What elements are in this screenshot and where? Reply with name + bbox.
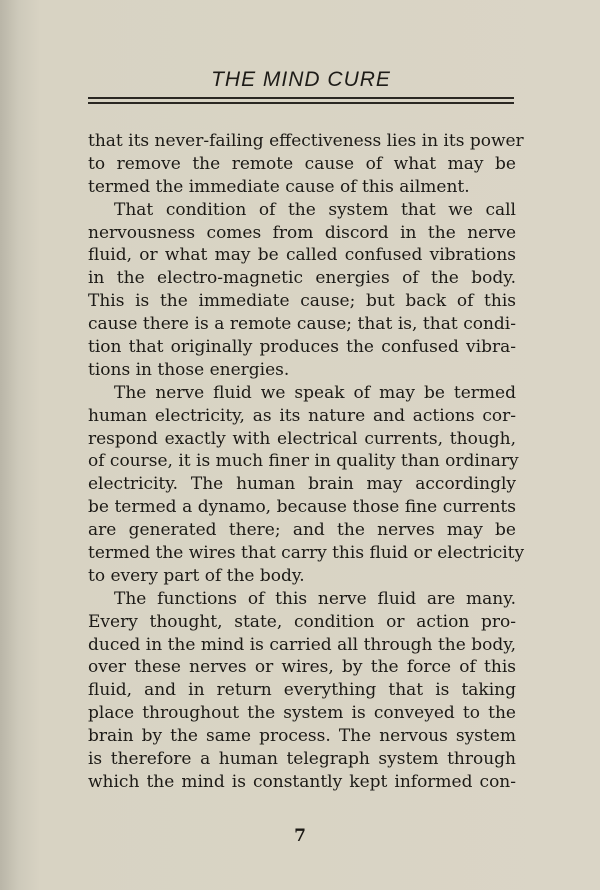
text-line: are generated there; and the nerves may … — [88, 519, 516, 542]
paragraph-start-line: That condition of the system that we cal… — [88, 199, 516, 222]
body-text: that its never-failing effectiveness lie… — [88, 130, 516, 794]
text-line: termed the immediate cause of this ailme… — [88, 176, 516, 199]
text-line: that its never-failing effectiveness lie… — [88, 130, 516, 153]
text-line: tions in those energies. — [88, 359, 516, 382]
text-line: This is the immediate cause; but back of… — [88, 290, 516, 313]
text-line: fluid, or what may be called confused vi… — [88, 244, 516, 267]
text-line: place throughout the system is conveyed … — [88, 702, 516, 725]
text-line: of course, it is much finer in quality t… — [88, 450, 516, 473]
header-rule-top — [88, 97, 514, 99]
text-line: fluid, and in return everything that is … — [88, 679, 516, 702]
text-line: over these nerves or wires, by the force… — [88, 656, 516, 679]
text-line: respond exactly with electrical currents… — [88, 428, 516, 451]
paragraph-start-line: The nerve fluid we speak of may be terme… — [88, 382, 516, 405]
text-line: cause there is a remote cause; that is, … — [88, 313, 516, 336]
text-line: nervousness comes from discord in the ne… — [88, 222, 516, 245]
text-line: to remove the remote cause of what may b… — [88, 153, 516, 176]
text-line: brain by the same process. The nervous s… — [88, 725, 516, 748]
text-line: Every thought, state, condition or actio… — [88, 611, 516, 634]
text-line: is therefore a human telegraph system th… — [88, 748, 516, 771]
text-line: termed the wires that carry this fluid o… — [88, 542, 516, 565]
running-head: THE MIND CURE — [88, 68, 514, 92]
text-line: human electricity, as its nature and act… — [88, 405, 516, 428]
paragraph-start-line: The functions of this nerve fluid are ma… — [88, 588, 516, 611]
book-page: THE MIND CURE that its never-failing eff… — [0, 0, 600, 890]
text-line: which the mind is constantly kept inform… — [88, 771, 516, 794]
header-rule-bottom — [88, 102, 514, 104]
text-line: be termed a dynamo, because those fine c… — [88, 496, 516, 519]
text-line: duced in the mind is carried all through… — [88, 634, 516, 657]
text-line: in the electro-magnetic energies of the … — [88, 267, 516, 290]
text-line: tion that originally produces the confus… — [88, 336, 516, 359]
text-line: to every part of the body. — [88, 565, 516, 588]
text-line: electricity. The human brain may accordi… — [88, 473, 516, 496]
page-number: 7 — [0, 826, 600, 846]
